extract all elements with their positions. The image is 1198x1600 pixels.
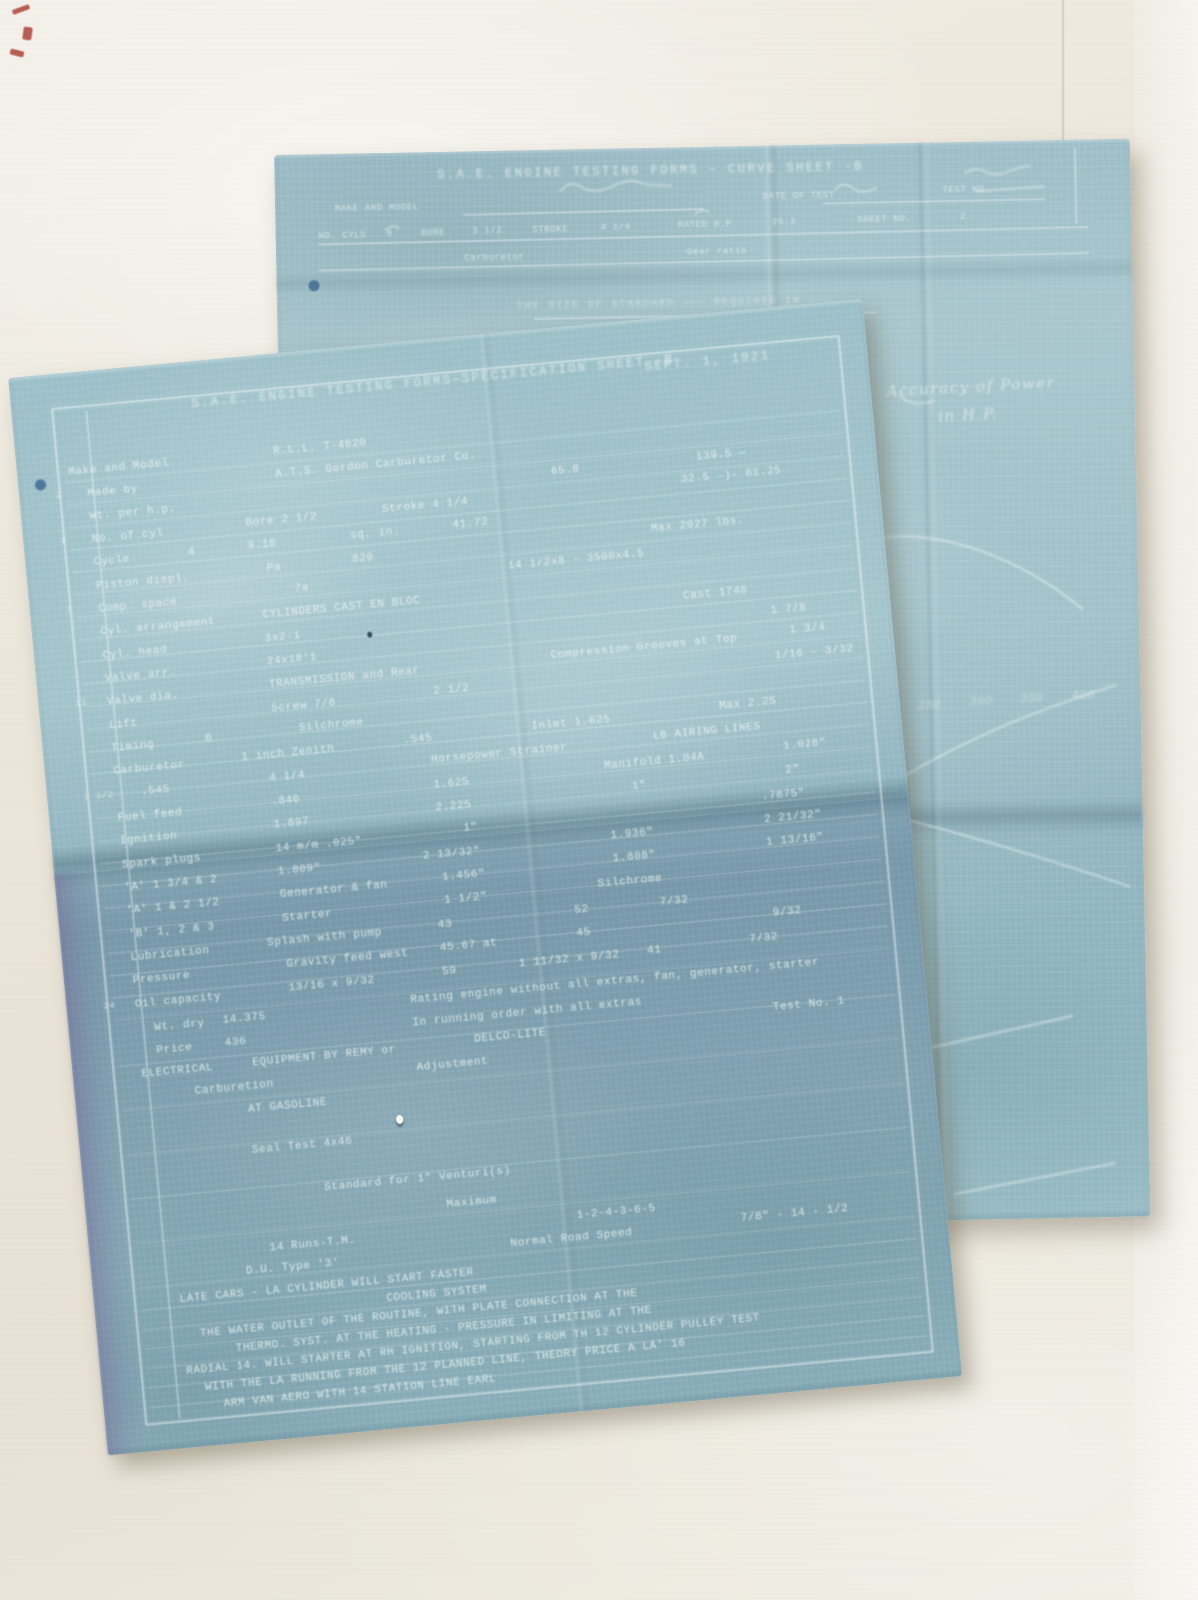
typewritten-text-fragment: Valve dia. — [106, 690, 179, 709]
typewritten-text-fragment: STROKE — [532, 224, 568, 235]
typewritten-text-fragment: DELCO-LITE — [474, 1027, 547, 1046]
punch-hole-mark — [35, 479, 47, 491]
typewritten-text-fragment: ARM VAN AERO WITH 14 STATION LINE EARL — [223, 1373, 497, 1410]
typewritten-text-fragment: 1" — [631, 780, 646, 793]
surface-right-strip — [1134, 0, 1198, 1600]
typewritten-text-fragment: 7/32 — [749, 931, 779, 946]
typewritten-text-fragment: Pa — [266, 562, 281, 575]
typewritten-text-fragment: A.T.S. Gordon Carburetor Co. — [275, 450, 477, 481]
handwritten-scribble — [964, 166, 1030, 175]
typewritten-text-fragment: 11 — [75, 698, 88, 709]
typewritten-text-fragment: Make and Model — [68, 458, 170, 479]
typewritten-text-fragment: 1/16 - 3/32 — [774, 643, 854, 662]
typewritten-text-fragment: Wt. dry — [154, 1018, 205, 1035]
photo-of-blueprints: S.A.E. ENGINE TESTING FORMS — CURVE SHEE… — [0, 0, 1198, 1600]
typewritten-text-fragment: 9/32 — [772, 905, 802, 920]
typewritten-text-fragment: 1 7/8 — [770, 602, 807, 617]
typewritten-text-fragment: 41.72 — [452, 516, 489, 531]
typewritten-text-fragment: Wt. per h.p. — [89, 503, 176, 523]
typewritten-text-fragment: Carburetor — [464, 252, 524, 263]
typewritten-text-fragment: S.A.E. ENGINE TESTING FORMS—SPECIFICATIO… — [191, 352, 675, 411]
typewritten-text-fragment: sq. in. — [350, 525, 401, 542]
typewritten-text-fragment: Spark plugs — [122, 852, 202, 871]
typewritten-text-fragment: 45 — [576, 927, 591, 940]
typewritten-text-fragment: THERMO. SYST. AT THE HEATING - PRESSURE … — [235, 1305, 652, 1356]
typewritten-text-fragment: Cyl. head — [102, 644, 168, 662]
typewritten-text-fragment: SHEET NO. — [857, 214, 911, 225]
typewritten-text-fragment: 1 inch Zenith — [241, 743, 335, 764]
red-mark — [22, 26, 33, 40]
red-mark — [9, 48, 24, 57]
typewritten-text-fragment: 300 — [969, 694, 992, 707]
typewritten-text-fragment: 'B' 1, 2 & 3 — [128, 921, 215, 941]
typewritten-text-fragment: DATE OF TEST — [763, 190, 835, 201]
ruled-lines — [114, 951, 915, 1290]
typewritten-text-fragment: 13/16 x 9/32 — [288, 975, 375, 995]
typewritten-text-fragment: No. of cyl — [91, 527, 164, 546]
typewritten-text-fragment: Manifold 1.04A — [604, 751, 706, 772]
typewritten-text-fragment: 436 — [224, 1036, 247, 1050]
typewritten-text-fragment: Max 2027 lbs. — [650, 515, 744, 536]
typewritten-text-fragment: SEPT. 1, 1921 — [644, 349, 771, 375]
typewritten-text-fragment: MAKE AND MODEL — [335, 202, 419, 214]
typewritten-text-fragment: 400 — [1072, 688, 1095, 701]
typewritten-text-fragment: Inlet 1.625 — [531, 714, 611, 733]
typewritten-text-fragment: 4 — [187, 546, 195, 559]
typewritten-text-fragment: 1 13/16" — [766, 832, 824, 849]
typewritten-text-fragment: NO. CYLS — [318, 230, 366, 241]
ruled-lines — [139, 1220, 928, 1425]
fold-crease — [52, 776, 911, 890]
typewritten-text-fragment: Cast 1746 — [683, 585, 749, 603]
form-rule-line — [823, 198, 1046, 204]
typewritten-text-fragment: 65.8 — [550, 464, 580, 479]
typewritten-text-fragment: 2 21/32" — [764, 809, 822, 826]
typewritten-text-fragment: 1.809" — [277, 862, 321, 878]
scratch-line — [931, 1016, 1074, 1048]
typewritten-text-fragment: Accuracy of Power — [886, 373, 1056, 400]
typewritten-text-fragment: S.A.E. ENGINE TESTING FORMS — CURVE SHEE… — [437, 160, 864, 182]
typewritten-text-fragment: Carburetion — [194, 1079, 274, 1098]
typewritten-text-fragment: Valve arr. — [104, 667, 177, 686]
typewritten-text-fragment: WITH THE LA RUNNING FROM THE 12 PLANNED … — [205, 1338, 687, 1395]
typewritten-text-fragment: 9.18 — [247, 538, 277, 553]
typewritten-text-fragment: EQUIPMENT BY REMY or — [252, 1044, 397, 1069]
typewritten-text-fragment: Standard for 1" Venturi(s) — [324, 1165, 512, 1194]
typewritten-text-fragment: .840 — [271, 794, 301, 809]
typewritten-text-fragment: 14 Runs-T.M. — [269, 1235, 356, 1255]
typewritten-text-fragment: 41 — [647, 944, 662, 957]
typewritten-text-fragment: 6 — [205, 733, 213, 746]
typewritten-text-fragment: 6 — [387, 229, 393, 239]
handwritten-scribble — [899, 394, 935, 404]
typewritten-text-fragment: Stroke 4 1/4 — [382, 496, 469, 516]
typewritten-text-fragment: 250 — [918, 698, 941, 711]
paper-texture — [8, 299, 962, 1456]
typewritten-text-fragment: Starter — [282, 908, 333, 925]
typewritten-text-fragment: 24 — [103, 1001, 116, 1012]
typewritten-text-fragment: 1 11/32 x 9/32 — [519, 949, 621, 970]
typewritten-text-fragment: 24x18'1 — [266, 652, 317, 669]
typewritten-text-fragment: Oil capacity — [135, 991, 222, 1011]
printed-border-frame — [51, 335, 934, 1426]
typewritten-text-fragment: BORE — [421, 228, 445, 238]
form-rule-line — [319, 226, 1089, 245]
typewritten-text-fragment: Maximum — [446, 1194, 497, 1211]
typewritten-text-fragment: Screw 7/8 — [271, 697, 337, 715]
form-rule-line — [319, 252, 1089, 271]
typewritten-text-fragment: 43 — [437, 918, 452, 931]
typewritten-text-fragment: 2 — [56, 491, 63, 502]
typewritten-text-fragment: 7 — [66, 606, 73, 617]
typewritten-text-fragment: Splash with pump — [267, 927, 383, 950]
typewritten-text-fragment: .545 — [403, 732, 433, 747]
typewritten-text-fragment: 1.897 — [273, 816, 310, 831]
typewritten-text-fragment: 1.625 — [433, 776, 470, 791]
typewritten-text-fragment: Carburetor — [113, 759, 186, 778]
typewritten-text-fragment: Cyl. arrangement — [100, 616, 216, 639]
typewritten-text-fragment: LB AIRING LINES — [653, 721, 762, 743]
specification-sheet: S.A.E. ENGINE TESTING FORMS—SPECIFICATIO… — [8, 299, 962, 1456]
typewritten-text-fragment: 139.5 — — [696, 447, 747, 464]
typewritten-text-fragment: 32.5 -)- 61.25 — [680, 465, 782, 486]
typewritten-text-fragment: 1.456" — [442, 868, 486, 884]
typewritten-text-fragment: COOLING SYSTEM — [386, 1284, 488, 1305]
punch-hole-mark — [308, 280, 319, 291]
typewritten-text-fragment: RATED H.P. — [678, 219, 738, 230]
edge-discoloration — [54, 870, 144, 1455]
typewritten-text-fragment: Test No. 1 — [772, 995, 845, 1014]
typewritten-text-fragment: 14 m/m .025" — [275, 835, 362, 855]
typewritten-text-fragment: Horsepower Strainer — [431, 742, 568, 767]
typewritten-text-fragment: R.L.L. T-4620 — [273, 437, 367, 458]
typewritten-text-fragment: 4 — [60, 536, 67, 547]
typewritten-text-fragment: D.U. Type '3' — [245, 1257, 339, 1278]
typewritten-text-fragment: 45.67 at — [440, 937, 498, 954]
typewritten-text-fragment: Max 2.25 — [719, 695, 777, 712]
typewritten-text-fragment: LATE CARS - LA CYLINDER WILL START FASTE… — [179, 1267, 474, 1306]
typewritten-text-fragment: in H.P. — [938, 404, 999, 425]
handwritten-scribble — [835, 184, 877, 192]
typewritten-text-fragment: Rating engine without all extras, fan, g… — [410, 957, 820, 1007]
typewritten-text-fragment: 2.225 — [435, 799, 472, 814]
typewritten-text-fragment: Gravity feed west — [286, 948, 409, 971]
typewritten-text-fragment: 3x2:1 — [264, 630, 301, 645]
handwritten-scribble — [385, 226, 399, 231]
curve-line — [879, 533, 1082, 613]
ink-speck — [367, 631, 373, 637]
typewritten-text-fragment: Silchrome — [298, 717, 364, 735]
handwritten-scribble — [975, 186, 1045, 191]
scratch-line — [954, 1163, 1117, 1194]
typewritten-text-fragment: Gear ratio — [687, 246, 747, 257]
fold-crease — [478, 333, 590, 1411]
typewritten-text-fragment: 3 1/2 — [472, 226, 502, 237]
typewritten-text-fragment: Lubrication — [130, 945, 210, 964]
typewritten-text-fragment: 4 1/4 — [269, 769, 306, 784]
form-rule-line — [463, 208, 703, 216]
typewritten-text-fragment: 25.3 — [772, 217, 796, 227]
typewritten-text-fragment: 'A' 1 & 2 1/2 — [126, 897, 220, 918]
typewritten-text-fragment: Piston displ. — [96, 572, 190, 593]
typewritten-text-fragment: 'A' 1 3/4 & 2 — [124, 874, 218, 895]
typewritten-text-fragment: 4 1/4 — [601, 222, 631, 233]
typewritten-text-fragment: 1 1/2" — [444, 891, 488, 907]
curve-line — [874, 685, 1118, 794]
typewritten-text-fragment: ELECTRICAL — [141, 1062, 214, 1081]
typewritten-text-fragment: 1.808" — [612, 849, 656, 865]
typewritten-text-fragment: 820 — [352, 552, 375, 566]
typewritten-text-fragment: .7875" — [762, 787, 806, 803]
typewritten-text-fragment: 52 — [574, 904, 589, 917]
typewritten-text-fragment: Generator & fan — [279, 879, 388, 901]
typewritten-text-fragment: 1.028" — [783, 737, 827, 753]
typewritten-text-fragment: 2 — [960, 212, 966, 222]
typewritten-text-fragment: Silchrome — [597, 873, 663, 891]
handwritten-scribble — [560, 180, 672, 191]
paper-chip-speck — [396, 1115, 404, 1125]
typewritten-text-fragment: 1-2-4-3-6-5 — [576, 1203, 656, 1222]
typewritten-text-fragment: CYLINDERS CAST EN BLOC — [262, 595, 421, 622]
curve-sheet-text: S.A.E. ENGINE TESTING FORMS — CURVE SHEE… — [274, 139, 1130, 155]
ruled-lines — [62, 389, 891, 1021]
typewritten-text-fragment: 14 1/2x8 - 3500x4.5 — [507, 548, 644, 573]
typewritten-text-fragment: 14.375 — [222, 1011, 266, 1027]
typewritten-text-fragment: Compression Grooves at Top — [550, 633, 738, 662]
handwritten-scribble — [695, 210, 709, 215]
typewritten-text-fragment: 7a — [294, 582, 309, 595]
left-column-rule — [85, 411, 180, 1419]
typewritten-text-fragment: 7/8" - 14 - 1/2 — [740, 1203, 849, 1225]
paper-mottling — [8, 299, 962, 1456]
typewritten-text-fragment: 2" — [785, 764, 800, 777]
typewritten-text-fragment: Comp. space — [98, 596, 178, 615]
typewritten-text-fragment: 7/32 — [659, 894, 689, 909]
typewritten-text-fragment: 59 — [442, 965, 457, 978]
typewritten-text-fragment: Bore 2 1/2 — [245, 511, 318, 530]
typewritten-text-fragment: 350 — [1021, 691, 1044, 704]
typewritten-text-fragment: 2 1/2 — [84, 790, 115, 803]
typewritten-text-fragment: Seal Test 4x46 — [251, 1135, 353, 1156]
typewritten-text-fragment: 1" — [463, 822, 478, 835]
typewritten-text-fragment: 1 3/4 — [789, 622, 826, 637]
typewritten-text-fragment: Adjustment — [416, 1056, 489, 1075]
red-mark — [12, 4, 31, 15]
typewritten-text-fragment: Pressure — [132, 970, 190, 987]
lower-half-shading — [54, 797, 962, 1456]
typewritten-text-fragment: 2 1/2 — [433, 683, 470, 698]
typewritten-text-fragment: Fuel feed — [117, 807, 183, 825]
typewritten-text-fragment: RADIAL 14. WILL STARTER AT RH IGNITION, … — [186, 1313, 761, 1378]
typewritten-text-fragment: In running order with all extras — [412, 996, 643, 1029]
surface-edge-line — [1062, 0, 1064, 150]
typewritten-text-fragment: Price — [156, 1042, 193, 1057]
typewritten-text-fragment: 1.936" — [610, 826, 654, 842]
typewritten-text-fragment: .545 — [141, 784, 171, 799]
typewritten-text-fragment: Ignition — [119, 830, 177, 847]
typewritten-text-fragment: THE WATER OUTLET OF THE ROUTINE, WITH PL… — [200, 1288, 638, 1341]
typewritten-text-fragment: TRANSMISSION and Rear — [269, 665, 421, 691]
typewritten-text-fragment: Normal Road Speed — [510, 1227, 633, 1250]
typewritten-text-fragment: TEST NO. — [942, 184, 990, 195]
margin-line — [1074, 148, 1077, 224]
typewritten-text-fragment: 2 13/32" — [422, 845, 480, 862]
typewritten-text-fragment: AT GASOLINE — [248, 1097, 328, 1116]
